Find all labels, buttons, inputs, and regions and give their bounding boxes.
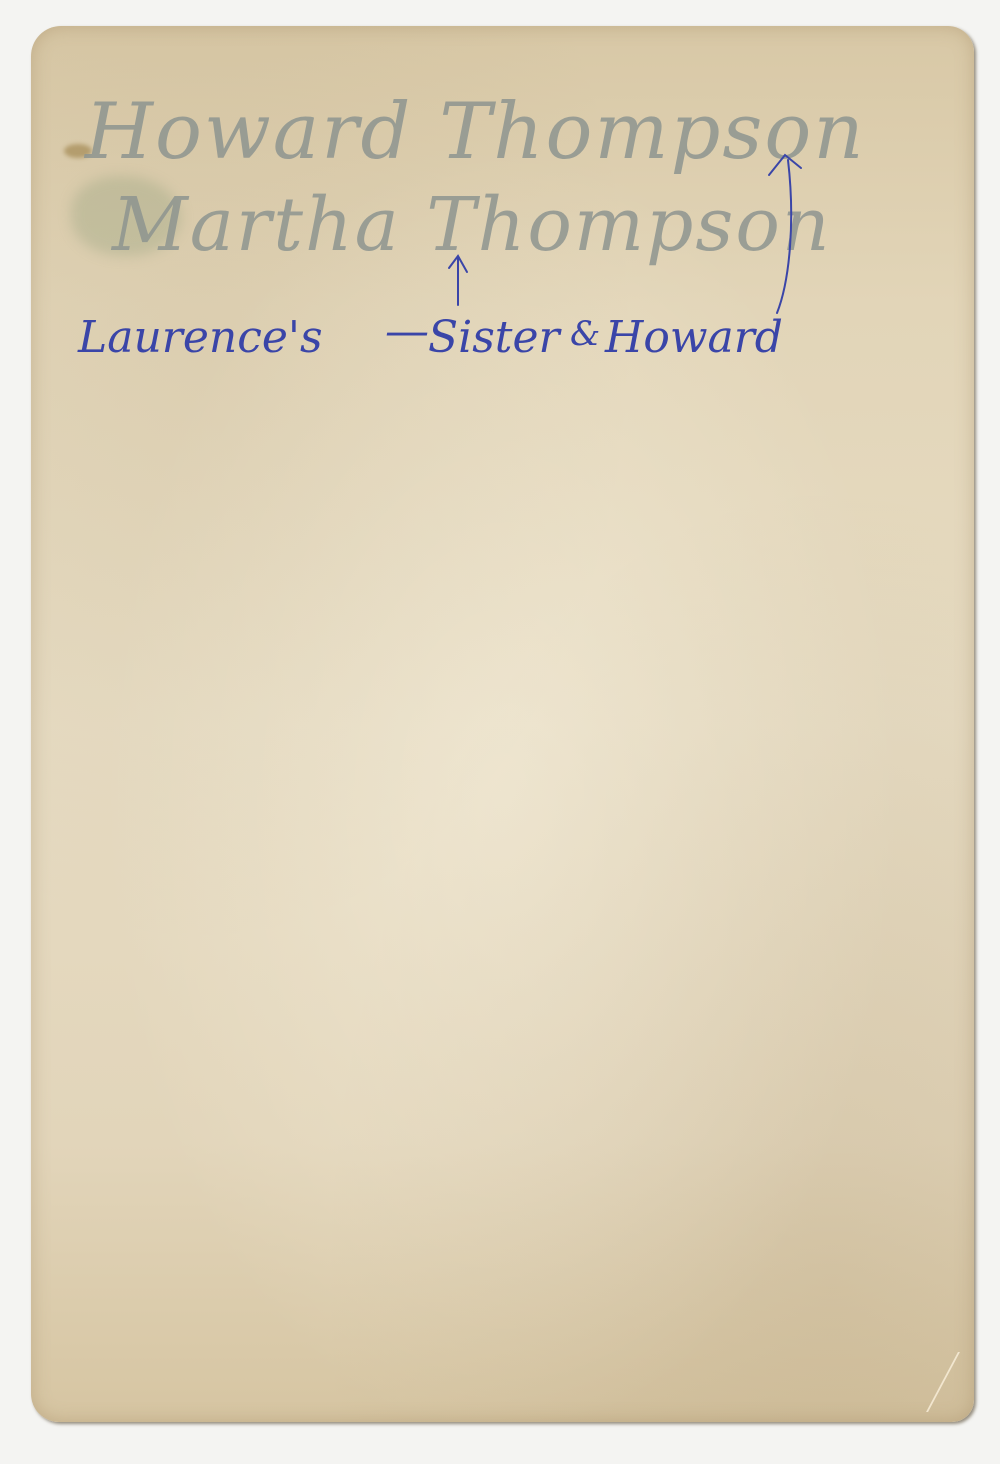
handwriting-layer: Howard Thompson Martha Thompson Laurence… <box>0 0 1000 1464</box>
pencil-inscription-martha-thompson: Martha Thompson <box>110 182 832 268</box>
ink-inscription-sister: Sister <box>428 312 563 363</box>
ink-inscription-laurences: Laurence's <box>77 312 323 363</box>
ink-inscription-ampersand: & <box>570 314 600 354</box>
ink-inscription-dash: — <box>385 306 429 357</box>
ink-inscription-howard: Howard <box>604 312 783 363</box>
pencil-inscription-howard-thompson: Howard Thompson <box>83 87 866 177</box>
